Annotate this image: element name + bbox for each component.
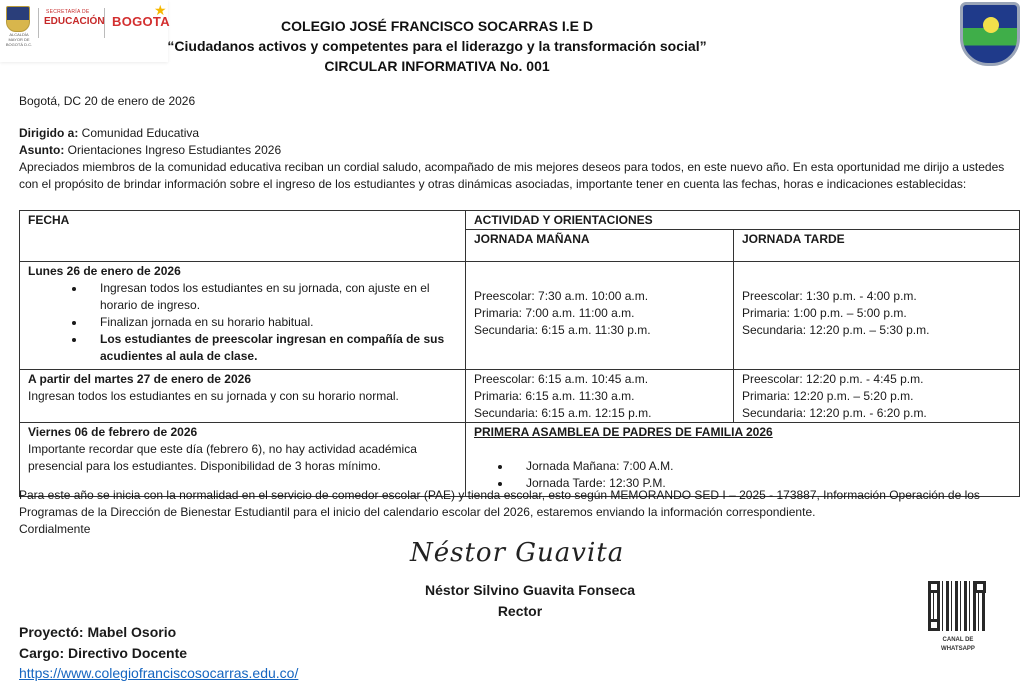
header-jornada-tarde: JORNADA TARDE bbox=[734, 230, 1020, 262]
schedule-line: Secundaria: 6:15 a.m. 11:30 p.m. bbox=[474, 322, 725, 339]
schedule-line: Secundaria: 12:20 p.m. - 6:20 p.m. bbox=[742, 405, 1011, 422]
row-date: A partir del martes 27 de enero de 2026 bbox=[28, 371, 457, 388]
schedule-line: Primaria: 12:20 p.m. – 5:20 p.m. bbox=[742, 388, 1011, 405]
schedule-line: Secundaria: 12:20 p.m. – 5:30 p.m. bbox=[742, 322, 1011, 339]
schedule-line: Preescolar: 7:30 a.m. 10:00 a.m. bbox=[474, 288, 725, 305]
schedule-line: Preescolar: 6:15 a.m. 10:45 a.m. bbox=[474, 371, 725, 388]
header-jornada-manana: JORNADA MAÑANA bbox=[466, 230, 734, 262]
school-name: COLEGIO JOSÉ FRANCISCO SOCARRAS I.E D bbox=[0, 18, 949, 34]
list-item: Los estudiantes de preescolar ingresan e… bbox=[86, 331, 457, 365]
tarde-cell: Preescolar: 1:30 p.m. - 4:00 p.m. Primar… bbox=[734, 262, 1020, 370]
signature: Néstor Guavita bbox=[410, 538, 624, 568]
salutation: Cordialmente bbox=[19, 521, 90, 537]
position: Cargo: Directivo Docente bbox=[19, 645, 187, 661]
row-date: Lunes 26 de enero de 2026 bbox=[28, 263, 457, 280]
header-fecha: FECHA bbox=[20, 211, 466, 262]
list-item: Jornada Mañana: 7:00 A.M. bbox=[512, 458, 1011, 475]
addressee-label: Dirigido a: bbox=[19, 126, 78, 140]
closing-paragraph: Para este año se inicia con la normalida… bbox=[19, 487, 1023, 521]
row-text: Ingresan todos los estudiantes en su jor… bbox=[28, 388, 457, 405]
schedule-line: Primaria: 6:15 a.m. 11:30 a.m. bbox=[474, 388, 725, 405]
circular-title: CIRCULAR INFORMATIVA No. 001 bbox=[0, 58, 949, 74]
tarde-cell: Preescolar: 12:20 p.m. - 4:45 p.m. Prima… bbox=[734, 370, 1020, 423]
addressee: Dirigido a: Comunidad Educativa bbox=[19, 125, 199, 141]
whatsapp-qr-code-icon[interactable] bbox=[928, 581, 986, 631]
list-item: Finalizan jornada en su horario habitual… bbox=[86, 314, 457, 331]
subject-label: Asunto: bbox=[19, 143, 64, 157]
qr-caption-line: CANAL DE bbox=[920, 636, 996, 645]
intro-paragraph: Apreciados miembros de la comunidad educ… bbox=[19, 159, 1023, 193]
signer-role: Rector bbox=[360, 603, 680, 619]
date-cell: Viernes 06 de febrero de 2026 Importante… bbox=[20, 423, 466, 497]
table-row: Viernes 06 de febrero de 2026 Importante… bbox=[20, 423, 1020, 497]
schedule-line: Secundaria: 6:15 a.m. 12:15 p.m. bbox=[474, 405, 725, 422]
qr-caption-line: WHATSAPP bbox=[920, 645, 996, 654]
date-cell: Lunes 26 de enero de 2026 Ingresan todos… bbox=[20, 262, 466, 370]
subject: Asunto: Orientaciones Ingreso Estudiante… bbox=[19, 142, 281, 158]
place-date: Bogotá, DC 20 de enero de 2026 bbox=[19, 93, 195, 109]
secretaria-label: SECRETARÍA DE bbox=[46, 9, 90, 15]
schedule-line: Preescolar: 1:30 p.m. - 4:00 p.m. bbox=[742, 288, 1011, 305]
row-text: Importante recordar que este día (febrer… bbox=[28, 441, 457, 475]
list-item: Ingresan todos los estudiantes en su jor… bbox=[86, 280, 457, 314]
table-row: Lunes 26 de enero de 2026 Ingresan todos… bbox=[20, 262, 1020, 370]
qr-caption: CANAL DE WHATSAPP bbox=[920, 636, 996, 654]
schedule-table: FECHA ACTIVIDAD Y ORIENTACIONES JORNADA … bbox=[19, 210, 1020, 497]
subject-value: Orientaciones Ingreso Estudiantes 2026 bbox=[64, 143, 281, 157]
schedule-line: Preescolar: 12:20 p.m. - 4:45 p.m. bbox=[742, 371, 1011, 388]
schedule-line: Primaria: 7:00 a.m. 11:00 a.m. bbox=[474, 305, 725, 322]
website-link[interactable]: https://www.colegiofranciscosocarras.edu… bbox=[19, 665, 298, 681]
header-actividad: ACTIVIDAD Y ORIENTACIONES bbox=[466, 211, 1020, 230]
schedule-line: Primaria: 1:00 p.m. – 5:00 p.m. bbox=[742, 305, 1011, 322]
addressee-value: Comunidad Educativa bbox=[78, 126, 199, 140]
event-cell: PRIMERA ASAMBLEA DE PADRES DE FAMILIA 20… bbox=[466, 423, 1020, 497]
star-icon: ★ bbox=[154, 2, 167, 19]
manana-cell: Preescolar: 7:30 a.m. 10:00 a.m. Primari… bbox=[466, 262, 734, 370]
table-row: A partir del martes 27 de enero de 2026 … bbox=[20, 370, 1020, 423]
row-date: Viernes 06 de febrero de 2026 bbox=[28, 424, 457, 441]
projected-by: Proyectó: Mabel Osorio bbox=[19, 624, 176, 640]
manana-cell: Preescolar: 6:15 a.m. 10:45 a.m. Primari… bbox=[466, 370, 734, 423]
event-title: PRIMERA ASAMBLEA DE PADRES DE FAMILIA 20… bbox=[474, 424, 1011, 441]
date-cell: A partir del martes 27 de enero de 2026 … bbox=[20, 370, 466, 423]
school-shield-icon bbox=[960, 2, 1020, 66]
signer-name: Néstor Silvino Guavita Fonseca bbox=[360, 582, 700, 598]
school-motto: “Ciudadanos activos y competentes para e… bbox=[0, 38, 949, 54]
